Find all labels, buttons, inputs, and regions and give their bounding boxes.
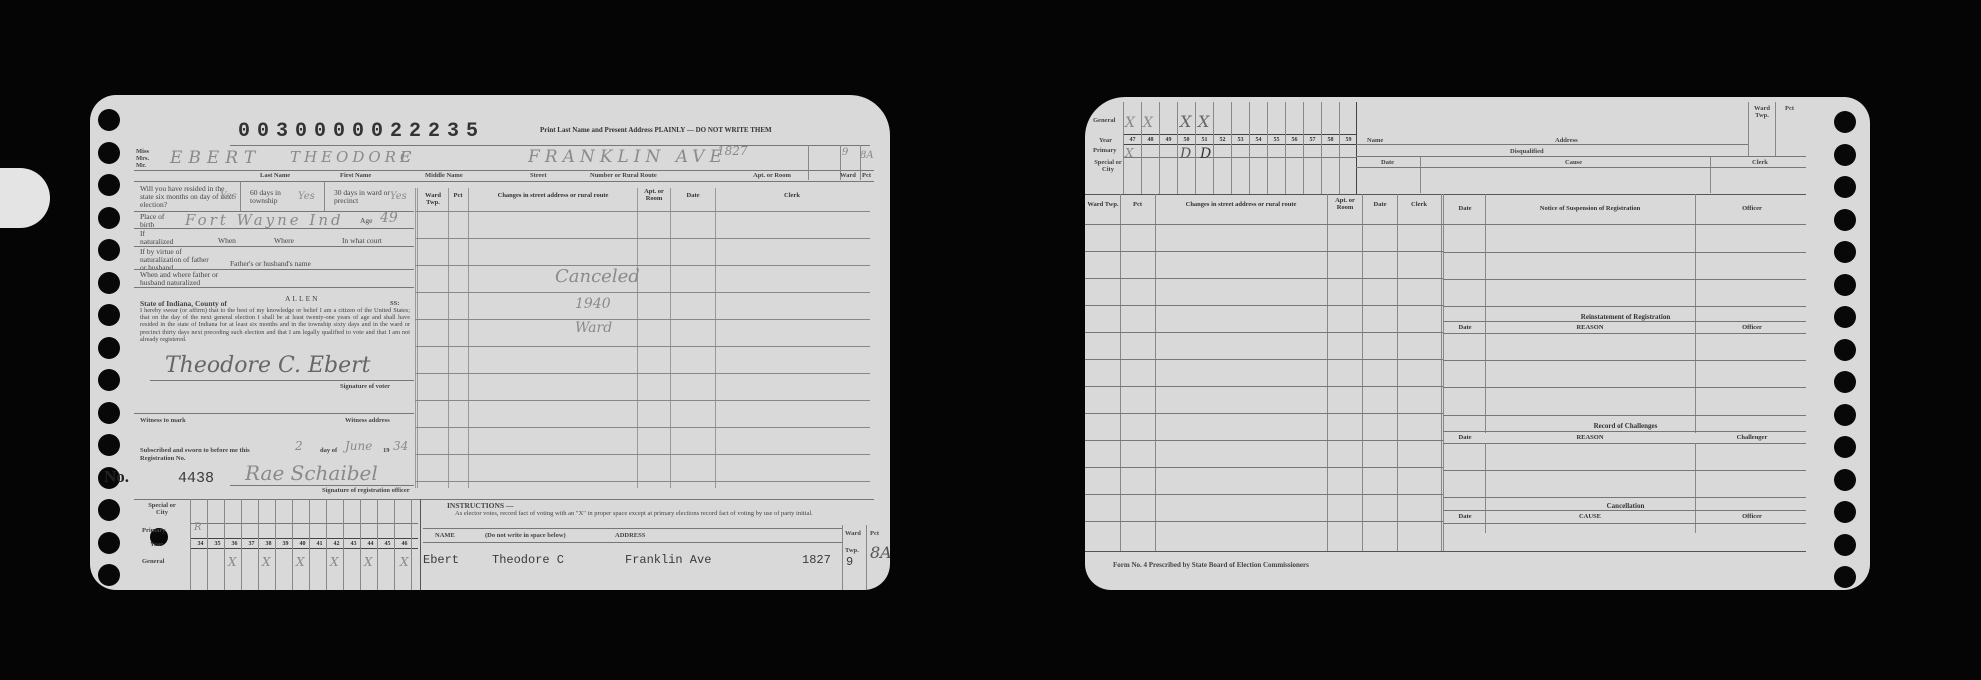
typed-street: Franklin Ave	[625, 553, 711, 567]
challenges-date-header: Date	[1445, 434, 1485, 441]
disqualified-cause-label: Cause	[1565, 159, 1582, 166]
cancellation-cause-header: CAUSE	[1487, 513, 1693, 520]
back-general-label: General	[1093, 117, 1115, 124]
col-pct: Pct	[449, 192, 467, 199]
subscribed-day: 2	[295, 439, 303, 453]
col-date: Date	[672, 192, 714, 199]
apt-label: Apt. or Room	[753, 172, 791, 179]
officer-signature: Rae Schaibel	[245, 461, 378, 485]
reinstatement-reason-header: REASON	[1487, 324, 1693, 331]
reinstatement-date-header: Date	[1445, 324, 1485, 331]
typed-ward: 9	[846, 555, 853, 569]
registration-card-back: General Year Primary Special or City 47 …	[1085, 97, 1870, 590]
back-year-55: 55	[1270, 137, 1283, 143]
year-36: 36	[228, 541, 241, 547]
back-year-49: 49	[1162, 137, 1175, 143]
film-artifact	[0, 168, 50, 228]
do-not-write-label: (Do not write in space below)	[485, 532, 566, 539]
reinstatement-title: Reinstatement of Registration	[1445, 313, 1806, 321]
back-general-mark-51: X	[1198, 112, 1209, 131]
back-primary-mark-47: X	[1125, 146, 1134, 160]
back-year-54: 54	[1252, 137, 1265, 143]
challenges-title: Record of Challenges	[1445, 422, 1806, 430]
subscribed-year: 34	[393, 439, 408, 453]
instructions-text: As elector votes, record fact of voting …	[455, 510, 865, 517]
typed-pct: 8A	[870, 543, 890, 562]
challenges-challenger-header: Challenger	[1697, 434, 1807, 441]
last-name-value: EBERT	[170, 148, 261, 168]
back-year-50: 50	[1180, 137, 1193, 143]
footer-pct-label: Pct	[870, 530, 879, 537]
middle-name-value: C	[400, 148, 411, 166]
back-year-57: 57	[1306, 137, 1319, 143]
general-label: General	[142, 558, 164, 565]
suspension-officer-header: Officer	[1697, 205, 1807, 212]
back-year-47: 47	[1126, 137, 1139, 143]
naturalized-when-label: When	[218, 237, 236, 245]
street-value: FRANKLIN AVE	[528, 147, 727, 167]
cancel-note-line2: 1940	[575, 296, 611, 312]
general-mark-40: X	[296, 555, 305, 569]
ward-label: Ward	[840, 172, 856, 179]
suspension-notice-header: Notice of Suspension of Registration	[1487, 205, 1693, 212]
subscribed-text: Subscribed and sworn to before me this	[140, 447, 250, 454]
oath-county: ALLEN	[285, 295, 320, 303]
back-primary-mark-51: D	[1200, 146, 1211, 162]
ward-value: 9	[842, 147, 848, 158]
back-year-52: 52	[1216, 137, 1229, 143]
back-name-label: Name	[1367, 137, 1383, 144]
front-voting-grid: 34 35 36 37 38 39 40 41 42 43 44 45 46 R…	[190, 505, 435, 585]
back-year-51: 51	[1198, 137, 1211, 143]
instructions-heading: INSTRUCTIONS —	[447, 502, 513, 509]
col-ward-twp: Ward Twp.	[419, 192, 447, 206]
birth-place-label: Place of birth	[140, 213, 180, 229]
disqualified-clerk-label: Clerk	[1752, 159, 1768, 166]
naturalized-label: If naturalized	[140, 230, 180, 246]
number-value: 1827	[717, 144, 748, 158]
voter-signature: Theodore C. Ebert	[165, 353, 371, 378]
title-prefix-miss: Miss	[136, 148, 149, 155]
cancellation-title: Cancellation	[1445, 502, 1806, 510]
township-question: 60 days in township	[250, 189, 305, 205]
back-year-53: 53	[1234, 137, 1247, 143]
back-primary-label: Primary	[1093, 147, 1116, 154]
primary-mark-34: R	[194, 522, 202, 533]
title-prefix-mrs: Mrs.	[136, 155, 149, 162]
number-label: Number or Rural Route	[590, 172, 657, 179]
oath-ss: SS:	[390, 300, 399, 307]
year-39: 39	[279, 541, 292, 547]
birth-place-value: Fort Wayne Ind	[185, 211, 344, 229]
serial-number: 0030000022235	[238, 120, 485, 143]
title-prefix-mr: Mr.	[136, 162, 146, 169]
disqualified-label: Disqualified	[1510, 148, 1544, 155]
first-name-value: THEODORE	[290, 148, 415, 166]
ward-residence-answer: Yes	[390, 191, 407, 202]
year-40: 40	[296, 541, 309, 547]
oath-text: I hereby swear (or affirm) that to the b…	[140, 307, 410, 343]
back-year-58: 58	[1324, 137, 1337, 143]
form-footer: Form No. 4 Prescribed by State Board of …	[1113, 562, 1309, 569]
subscribed-day-label: day of	[320, 447, 337, 454]
year-41: 41	[313, 541, 326, 547]
registration-number: 4438	[178, 470, 214, 487]
year-38: 38	[262, 541, 275, 547]
voter-signature-label: Signature of voter	[340, 383, 390, 390]
back-pct-label: Pct	[1785, 105, 1794, 112]
instructions-name-label: NAME	[435, 532, 455, 539]
year-45: 45	[381, 541, 394, 547]
col-changes: Changes in street address or rural route	[471, 192, 635, 199]
back-ward-twp-label: Ward Twp.	[1750, 105, 1774, 119]
year-35: 35	[211, 541, 224, 547]
typed-last-name: Ebert	[423, 553, 459, 567]
back-col-pct: Pct	[1121, 201, 1154, 208]
back-col-apt: Apt. or Room	[1329, 197, 1361, 211]
age-value: 49	[380, 210, 398, 226]
general-mark-44: X	[364, 555, 373, 569]
typed-number: 1827	[802, 553, 831, 567]
naturalized-court-label: In what court	[342, 237, 382, 245]
subscribed-year-prefix: 19	[383, 447, 390, 454]
year-34: 34	[194, 541, 207, 547]
back-address-label: Address	[1555, 137, 1578, 144]
oath-heading: State of Indiana, County of	[140, 300, 227, 307]
footer-twp-label: Twp.	[845, 547, 859, 554]
first-name-label: First Name	[340, 172, 371, 179]
officer-signature-label: Signature of registration officer	[322, 487, 410, 494]
year-37: 37	[245, 541, 258, 547]
col-clerk: Clerk	[717, 192, 867, 199]
back-col-clerk: Clerk	[1399, 201, 1439, 208]
township-answer: Yes	[298, 191, 315, 202]
back-primary-mark-50: D	[1180, 146, 1191, 162]
year-label: Year	[150, 541, 163, 548]
registration-card-front: 0030000022235 Print Last Name and Presen…	[90, 95, 890, 590]
primary-label: Primary	[142, 527, 165, 534]
back-general-mark-48: X	[1143, 115, 1153, 131]
age-label: Age	[360, 217, 373, 225]
street-label: Street	[530, 172, 546, 179]
typed-first-name: Theodore C	[492, 553, 564, 567]
suspension-date-header: Date	[1445, 205, 1485, 212]
address-changes-table: Ward Twp. Pct Changes in street address …	[415, 188, 870, 488]
year-43: 43	[347, 541, 360, 547]
middle-name-label: Middle Name	[425, 172, 463, 179]
back-col-ward-twp: Ward Twp.	[1087, 201, 1119, 208]
serial-caption: Print Last Name and Present Address PLAI…	[540, 126, 772, 134]
instructions-address-label: ADDRESS	[615, 532, 645, 539]
year-44: 44	[364, 541, 377, 547]
punch-holes	[1834, 111, 1856, 590]
pct-value: 8A	[860, 150, 874, 161]
cancellation-officer-header: Officer	[1697, 513, 1807, 520]
cancel-note-line1: Canceled	[555, 266, 640, 287]
witness-address-label: Witness address	[345, 417, 390, 424]
state-residence-answer: Yes	[220, 191, 237, 202]
special-city-label: Special or City	[142, 502, 182, 516]
general-mark-36: X	[228, 555, 237, 569]
general-mark-38: X	[262, 555, 271, 569]
registration-no-label: Registration No.	[140, 455, 186, 462]
back-col-date: Date	[1364, 201, 1396, 208]
back-year-59: 59	[1342, 137, 1355, 143]
last-name-label: Last Name	[260, 172, 290, 179]
back-col-changes: Changes in street address or rural route	[1157, 201, 1325, 208]
father-name-label: Father's or husband's name	[230, 260, 311, 268]
naturalized-where-label: Where	[274, 237, 294, 245]
footer-ward-label: Ward	[845, 530, 861, 537]
year-42: 42	[330, 541, 343, 547]
cancel-note-line3: Ward	[575, 320, 612, 336]
back-year-56: 56	[1288, 137, 1301, 143]
pct-label: Pct	[862, 172, 871, 179]
back-general-mark-47: X	[1125, 115, 1135, 131]
back-year-label: Year	[1099, 137, 1112, 144]
back-general-mark-50: X	[1180, 112, 1191, 131]
disqualified-date-label: Date	[1381, 159, 1394, 166]
challenges-reason-header: REASON	[1487, 434, 1693, 441]
back-special-label: Special or City	[1093, 159, 1123, 173]
col-apt: Apt. or Room	[639, 188, 669, 202]
year-46: 46	[398, 541, 411, 547]
general-mark-42: X	[330, 555, 339, 569]
father-naturalized-label: When and where father or husband natural…	[140, 271, 225, 287]
punch-holes	[98, 109, 120, 590]
back-year-48: 48	[1144, 137, 1157, 143]
reinstatement-officer-header: Officer	[1697, 324, 1807, 331]
witness-label: Witness to mark	[140, 417, 186, 424]
number-label: No.	[104, 467, 129, 487]
subscribed-month: June	[345, 439, 372, 453]
cancellation-date-header: Date	[1445, 513, 1485, 520]
general-mark-46: X	[400, 555, 409, 569]
